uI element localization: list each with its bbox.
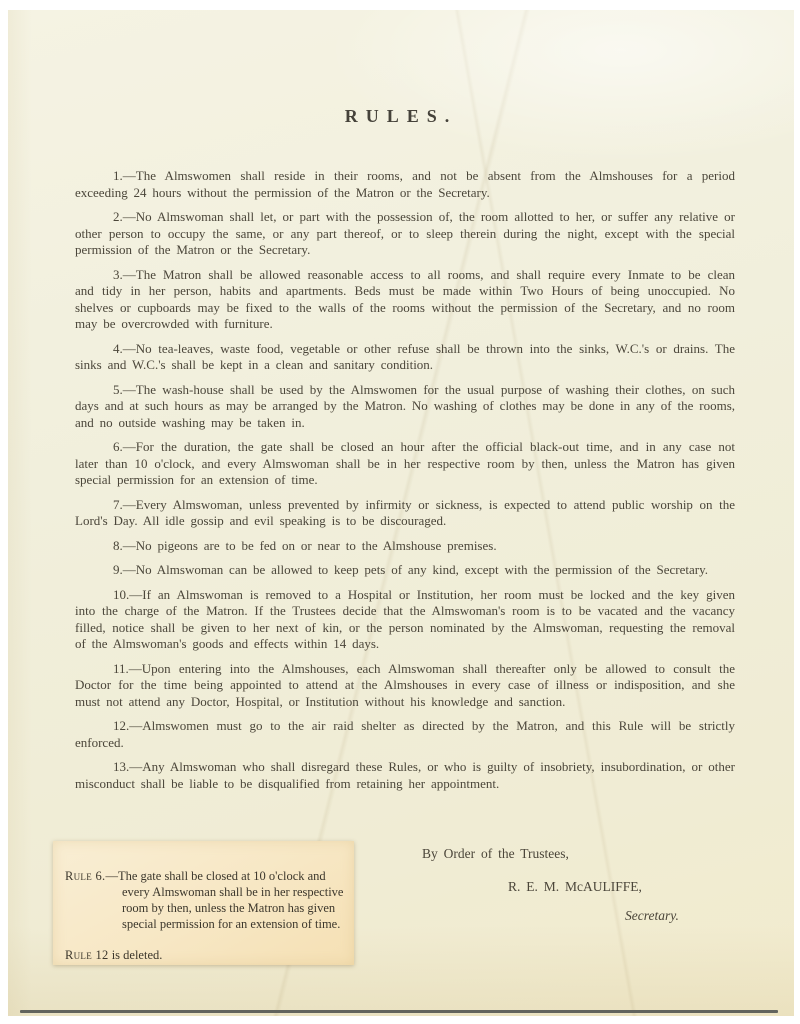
rule-paragraph-6: 6.—For the duration, the gate shall be c… (75, 439, 735, 489)
slip-rule-12-label: Rule 12 (65, 948, 109, 962)
slip-rule-12: Rule 12 is deleted. (65, 947, 344, 963)
rule-paragraph-10: 10.—If an Almswoman is removed to a Hosp… (75, 587, 735, 653)
paper-sheet: RULES. 1.—The Almswomen shall reside in … (8, 10, 794, 1016)
secretary-name: R. E. M. McAULIFFE, (508, 879, 758, 895)
slip-rule-6-label: Rule 6. (65, 869, 105, 883)
rule-paragraph-5: 5.—The wash-house shall be used by the A… (75, 382, 735, 432)
document-title: RULES. (8, 106, 794, 127)
scan-edge-shadow (20, 1010, 778, 1013)
slip-rule-6-body: —The gate shall be closed at 10 o'clock … (105, 869, 343, 931)
by-order-line: By Order of the Trustees, (422, 846, 758, 862)
amendment-slip: Rule 6.—The gate shall be closed at 10 o… (53, 841, 354, 965)
rules-list: 1.—The Almswomen shall reside in their r… (75, 168, 735, 800)
rule-paragraph-9: 9.—No Almswoman can be allowed to keep p… (75, 562, 735, 579)
rule-paragraph-1: 1.—The Almswomen shall reside in their r… (75, 168, 735, 201)
rule-paragraph-12: 12.—Almswomen must go to the air raid sh… (75, 718, 735, 751)
signature-block: By Order of the Trustees, R. E. M. McAUL… (408, 844, 758, 924)
rule-paragraph-2: 2.—No Almswoman shall let, or part with … (75, 209, 735, 259)
rule-paragraph-8: 8.—No pigeons are to be fed on or near t… (75, 538, 735, 555)
secretary-title: Secretary. (625, 908, 758, 924)
slip-rule-12-body: is deleted. (109, 948, 163, 962)
scanned-document-page: RULES. 1.—The Almswomen shall reside in … (0, 0, 800, 1024)
rule-paragraph-13: 13.—Any Almswoman who shall disregard th… (75, 759, 735, 792)
rule-paragraph-3: 3.—The Matron shall be allowed reasonabl… (75, 267, 735, 333)
rule-paragraph-11: 11.—Upon entering into the Almshouses, e… (75, 661, 735, 711)
rule-paragraph-7: 7.—Every Almswoman, unless prevented by … (75, 497, 735, 530)
rule-paragraph-4: 4.—No tea-leaves, waste food, vegetable … (75, 341, 735, 374)
slip-rule-6: Rule 6.—The gate shall be closed at 10 o… (65, 868, 344, 932)
